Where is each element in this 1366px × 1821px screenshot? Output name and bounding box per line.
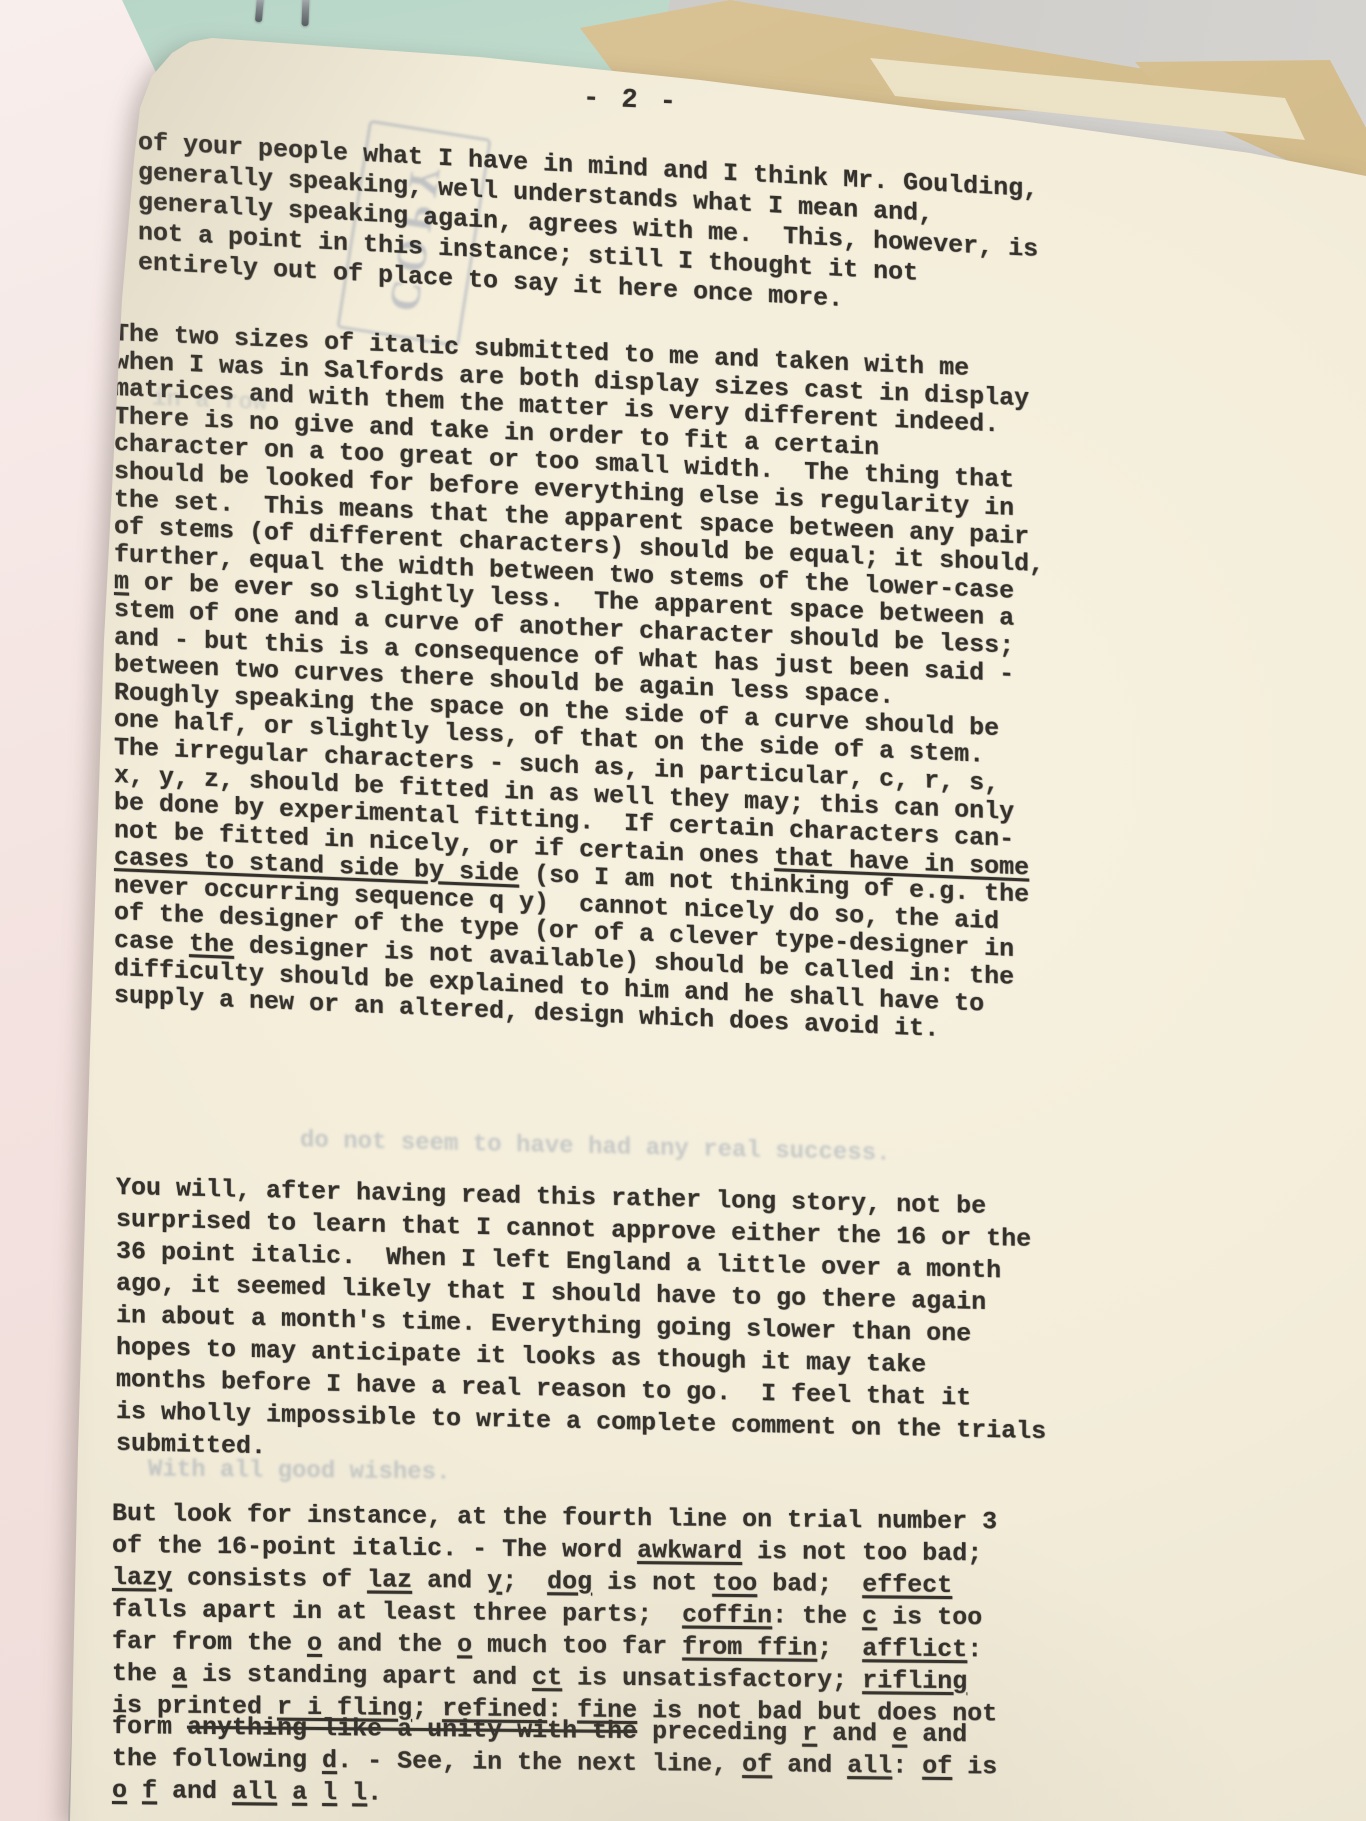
page-number: - 2 - xyxy=(582,84,679,118)
underlined-text: m xyxy=(114,567,129,597)
underlined-text: all xyxy=(847,1751,892,1780)
underlined-text: a xyxy=(292,1778,307,1807)
underlined-text: laz xyxy=(367,1565,412,1594)
underlined-text: afflict xyxy=(862,1634,967,1664)
underlined-text: too xyxy=(712,1569,757,1598)
underlined-text: rifling xyxy=(862,1666,967,1696)
underlined-text: l xyxy=(322,1778,337,1807)
underlined-text: d xyxy=(322,1746,337,1775)
underlined-text: a xyxy=(172,1660,187,1689)
page-paper: COPY - 2 - of your people what I have in… xyxy=(0,0,1366,1821)
underlined-text: coffin xyxy=(682,1600,772,1630)
paragraph-cannot-approve: You will, after having read this rather … xyxy=(116,1172,1046,1480)
underlined-text: e xyxy=(892,1719,907,1748)
underlined-text: all xyxy=(232,1777,277,1806)
underlined-text: ct xyxy=(532,1663,562,1692)
underlined-text: y xyxy=(487,1567,502,1596)
underlined-text: of xyxy=(742,1750,772,1779)
underlined-text: dog xyxy=(547,1567,592,1596)
underlined-text: from ffin xyxy=(682,1632,817,1662)
bleed-through-line: in a row xyxy=(152,386,267,418)
underlined-text: l xyxy=(352,1778,367,1807)
underlined-text: o xyxy=(112,1776,127,1805)
bleed-through-line: do not seem to have had any real success… xyxy=(300,1127,891,1167)
underlined-text: c xyxy=(862,1602,877,1631)
underlined-text: o xyxy=(307,1629,322,1658)
underlined-text: of xyxy=(922,1752,952,1781)
underlined-text: r xyxy=(802,1719,817,1748)
paragraph-italic-fitting: The two sizes of italic submitted to me … xyxy=(114,320,1044,1048)
underlined-text: awkward xyxy=(637,1536,742,1566)
bleed-through-line: With all good wishes. xyxy=(148,1456,450,1486)
underlined-text: f xyxy=(142,1776,157,1805)
underlined-text: effect xyxy=(862,1570,952,1600)
paragraph-trial-examples: But look for instance, at the fourth lin… xyxy=(112,1498,997,1815)
underlined-text: the xyxy=(189,929,234,960)
paragraph-opening: of your people what I have in mind and I… xyxy=(138,128,1038,325)
underlined-text: lazy xyxy=(112,1563,172,1593)
underlined-text: o xyxy=(457,1630,472,1659)
struck-text: anything like a unity with the xyxy=(187,1713,637,1746)
photographed-letter: COPY - 2 - of your people what I have in… xyxy=(0,0,1366,1821)
